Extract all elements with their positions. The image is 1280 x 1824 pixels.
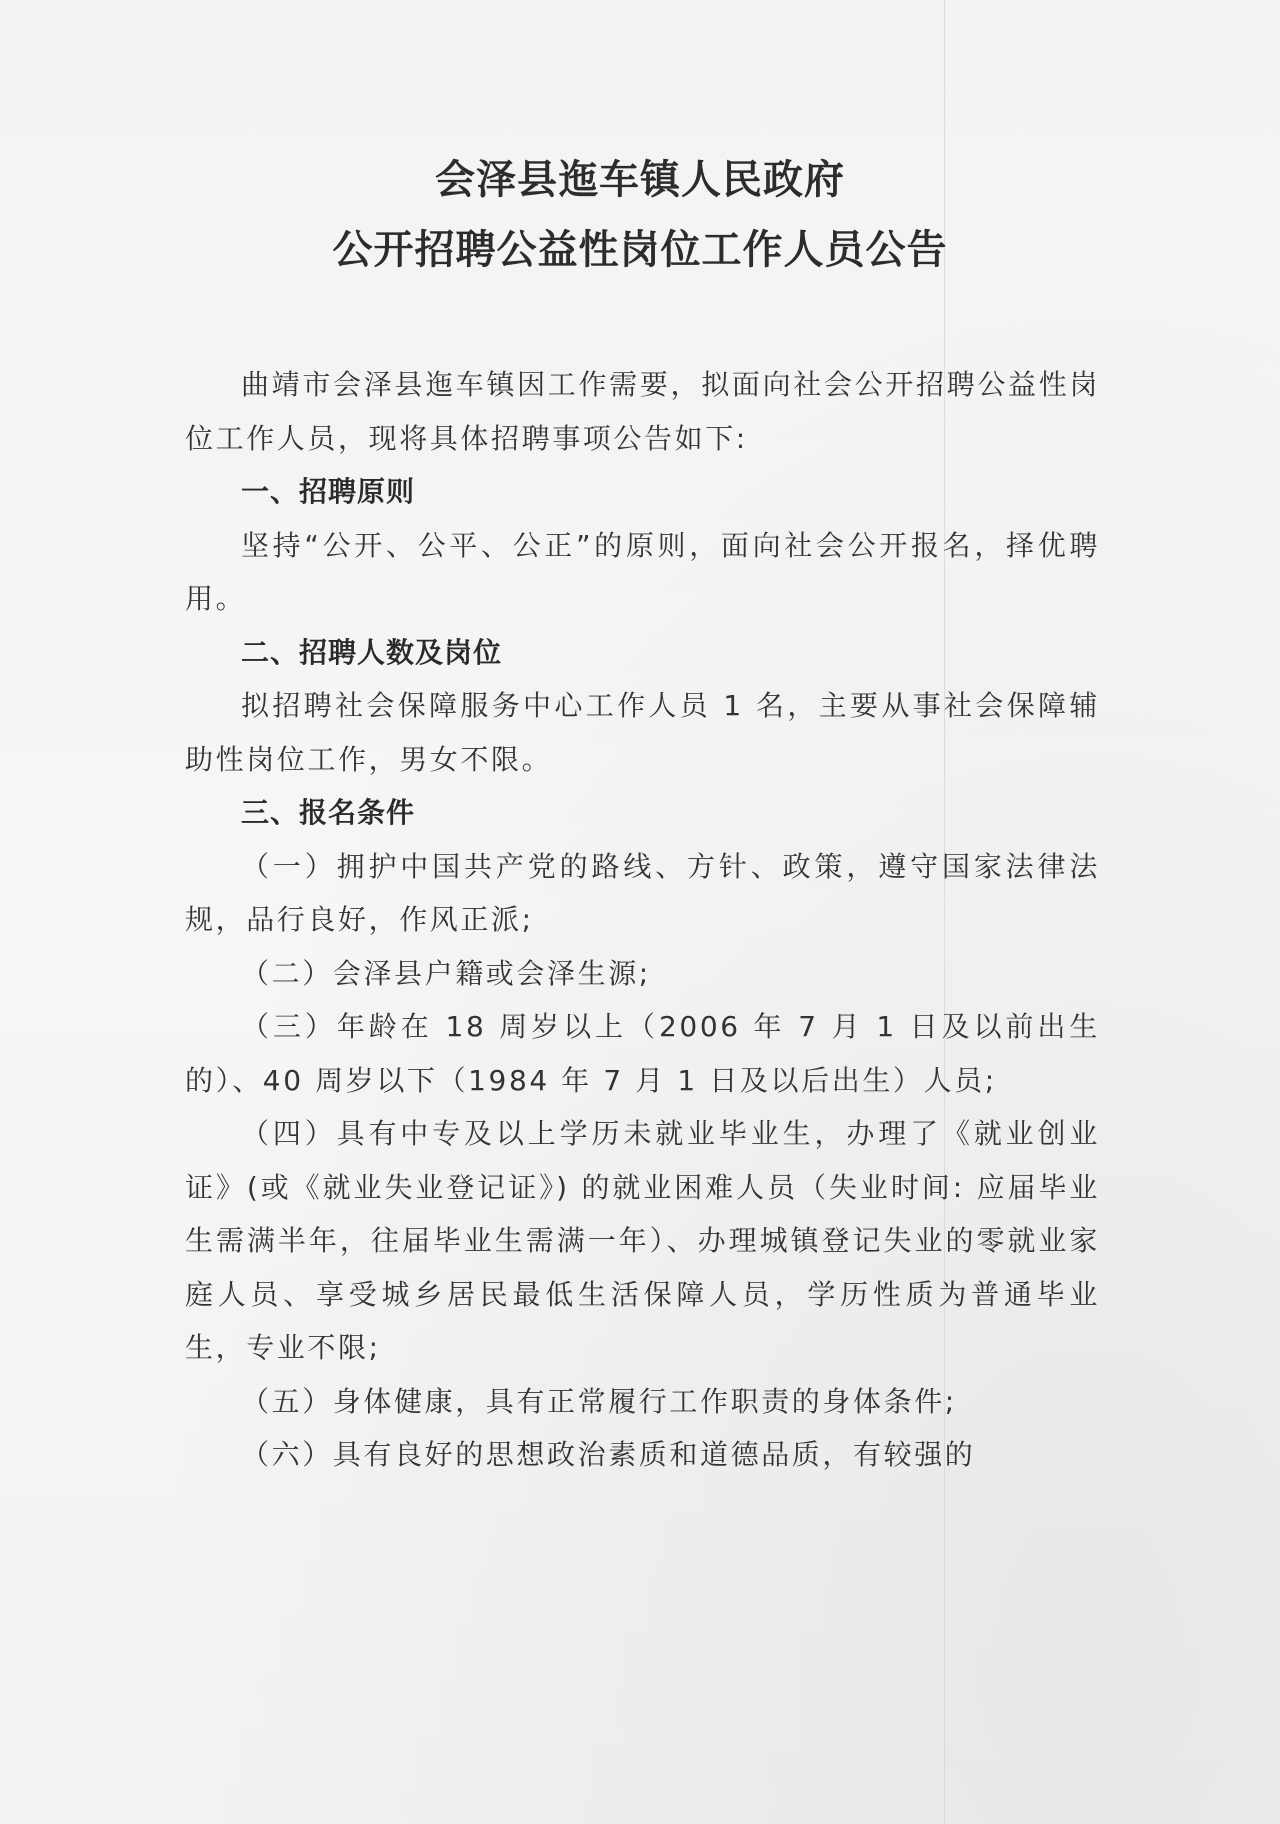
requirement-item-1: （一）拥护中国共产党的路线、方针、政策，遵守国家法律法规，品行良好，作风正派;	[185, 840, 1100, 947]
requirement-item-2: （二）会泽县户籍或会泽生源;	[185, 947, 1100, 1001]
document-title-line-2: 公开招聘公益性岗位工作人员公告	[0, 218, 1280, 275]
requirement-item-5: （五）身体健康，具有正常履行工作职责的身体条件;	[185, 1375, 1100, 1429]
principles-paragraph: 坚持“公开、公平、公正”的原则，面向社会公开报名，择优聘用。	[185, 519, 1100, 626]
scanned-page: 会泽县迤车镇人民政府 公开招聘公益性岗位工作人员公告 曲靖市会泽县迤车镇因工作需…	[0, 0, 1280, 1824]
document-title-line-1: 会泽县迤车镇人民政府	[0, 148, 1280, 205]
section-heading-principles: 一、招聘原则	[185, 465, 1100, 519]
positions-paragraph: 拟招聘社会保障服务中心工作人员 1 名，主要从事社会保障辅助性岗位工作，男女不限…	[185, 679, 1100, 786]
requirement-item-6: （六）具有良好的思想政治素质和道德品质，有较强的	[185, 1428, 1100, 1482]
section-heading-positions: 二、招聘人数及岗位	[185, 626, 1100, 680]
section-heading-requirements: 三、报名条件	[185, 786, 1100, 840]
intro-paragraph: 曲靖市会泽县迤车镇因工作需要，拟面向社会公开招聘公益性岗位工作人员，现将具体招聘…	[185, 358, 1100, 465]
requirement-item-4: （四）具有中专及以上学历未就业毕业生，办理了《就业创业证》(或《就业失业登记证》…	[185, 1107, 1100, 1375]
document-body: 曲靖市会泽县迤车镇因工作需要，拟面向社会公开招聘公益性岗位工作人员，现将具体招聘…	[185, 358, 1100, 1482]
requirement-item-3: （三）年龄在 18 周岁以上（2006 年 7 月 1 日及以前出生的）、40 …	[185, 1000, 1100, 1107]
